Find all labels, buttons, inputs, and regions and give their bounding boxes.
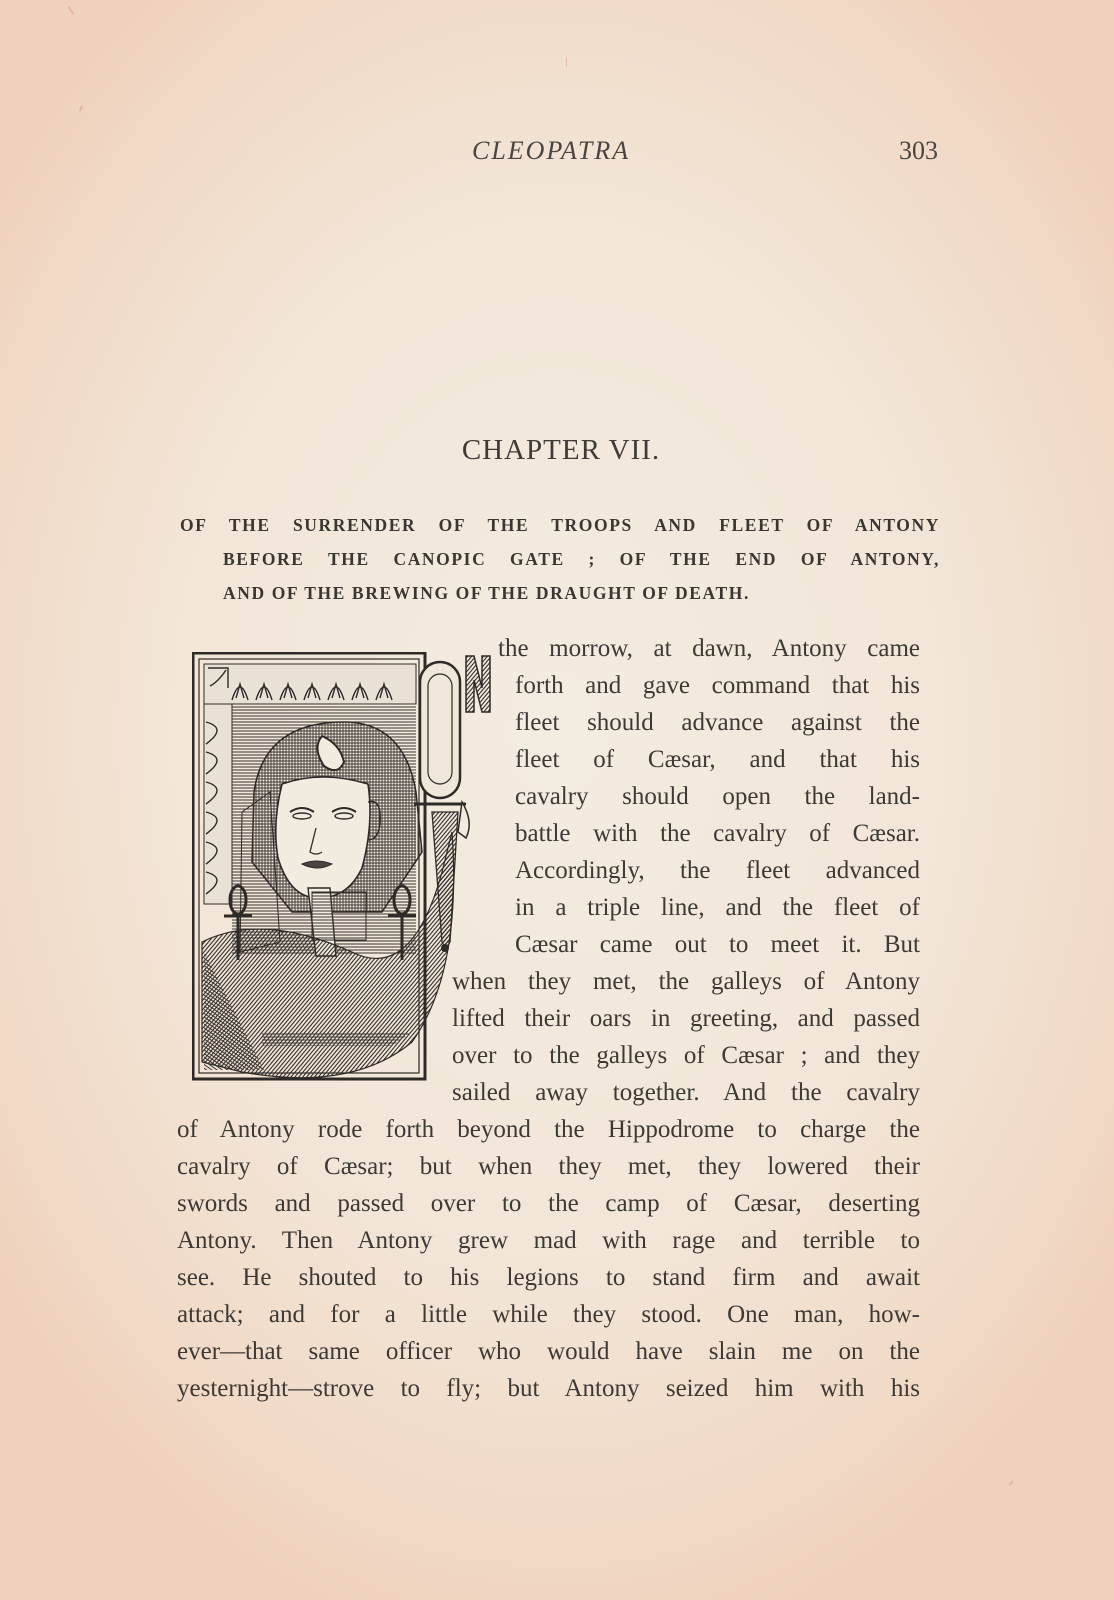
text-line: the morrow, at dawn, Antony came [498,630,920,667]
text-line: yesternight—strove to fly; but Antony se… [177,1370,920,1407]
text-line: when they met, the galleys of Antony [452,963,920,1000]
book-page: CLEOPATRA 303 CHAPTER VII. OF THE SURREN… [0,0,1114,1600]
running-title: CLEOPATRA [472,136,630,166]
text-line: ever—that same officer who would have sl… [177,1333,920,1370]
text-line: battle with the cavalry of Cæsar. [515,815,920,852]
chapter-argument: OF THE SURRENDER OF THE TROOPS AND FLEET… [180,508,940,610]
text-line: attack; and for a little while they stoo… [177,1296,920,1333]
illustrated-drop-cap [192,652,492,1090]
paper-fleck [1008,1480,1013,1486]
text-line: of Antony rode forth beyond the Hippodro… [177,1111,920,1148]
text-line: Accordingly, the fleet advanced [515,852,920,889]
argument-line: BEFORE THE CANOPIC GATE ; OF THE END OF … [223,542,940,576]
text-line: forth and gave command that his [515,667,920,704]
text-line: fleet of Cæsar, and that his [515,741,920,778]
text-line: cavalry of Cæsar; but when they met, the… [177,1148,920,1185]
text-line: cavalry should open the land- [515,778,920,815]
page-number: 303 [899,136,938,166]
text-line: lifted their oars in greeting, and passe… [452,1000,920,1037]
argument-line: AND OF THE BREWING OF THE DRAUGHT OF DEA… [223,576,940,610]
text-line: see. He shouted to his legions to stand … [177,1259,920,1296]
running-head: CLEOPATRA 303 [0,136,1114,170]
text-line: over to the galleys of Cæsar ; and they [452,1037,920,1074]
text-line: Cæsar came out to meet it. But [515,926,920,963]
text-line: swords and passed over to the camp of Cæ… [177,1185,920,1222]
chapter-heading: CHAPTER VII. [0,434,1114,467]
text-line: fleet should advance against the [515,704,920,741]
paper-fleck [79,105,83,112]
text-line: in a triple line, and the fleet of [515,889,920,926]
text-line: sailed away together. And the cavalry [452,1074,920,1111]
argument-line: OF THE SURRENDER OF THE TROOPS AND FLEET… [180,508,940,542]
text-line: Antony. Then Antony grew mad with rage a… [177,1222,920,1259]
paper-fleck [566,57,567,67]
paper-fleck [68,6,75,15]
pharaoh-illustration-icon [192,652,492,1090]
